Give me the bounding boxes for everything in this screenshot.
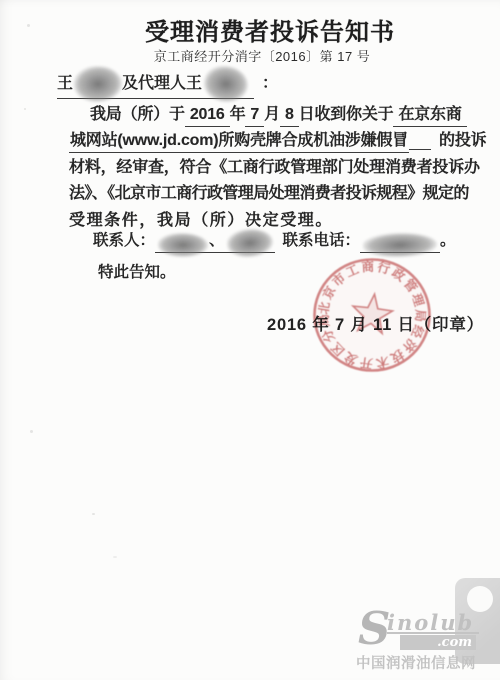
body-line-5: 受理条件，我局（所）决定受理。: [69, 207, 333, 230]
contact-line: 联系人：、联系电话：。: [93, 228, 456, 251]
phone-underlined: [360, 232, 440, 253]
doc-number: 京工商经开分消字〔2016〕第 17 号: [22, 46, 500, 65]
scan-speck: [113, 556, 117, 558]
month-label: 月: [264, 106, 280, 123]
subject-start: 在京东商: [393, 106, 466, 127]
scan-speck: [24, 108, 26, 110]
salutation-colon: ：: [262, 75, 278, 92]
contact-person-label: 联系人：: [93, 232, 155, 249]
redaction-blob-contact2: [225, 227, 274, 260]
redaction-blob-contact1: [158, 233, 208, 257]
addressee-underlined: 王及代理人王: [57, 70, 254, 99]
month-value: 7: [245, 106, 264, 127]
page-title: 受理消费者投诉告知书: [40, 12, 500, 47]
official-seal-stamp: 北京市工商行政管理局经济技术开发区分局: [312, 257, 432, 373]
scan-speck: [92, 513, 95, 515]
watermark-initial: S: [358, 610, 391, 648]
watermark-site-name: 中国润滑油信息网: [356, 652, 476, 673]
day-value: 8: [280, 106, 299, 127]
agent-text: 及代理人王: [122, 75, 202, 92]
site-watermark: S inolub .com 中国润滑油信息网: [356, 610, 500, 680]
year-label: 年: [230, 106, 246, 123]
scanned-notice-page: 受理消费者投诉告知书 京工商经开分消字〔2016〕第 17 号 王及代理人王： …: [0, 0, 500, 680]
scan-speck: [30, 430, 33, 433]
watermark-tile-circle: [467, 586, 493, 612]
received-text: 日收到你关于: [299, 106, 394, 123]
watermark-domain: .com: [400, 635, 476, 650]
closing-line: 特此告知。: [98, 260, 176, 282]
redaction-blob-phone: [363, 232, 438, 259]
blank-underline: [409, 133, 431, 150]
subject-continued: 城网站(www.jd.com)所购壳牌合成机油涉嫌假冒: [69, 132, 409, 153]
addressee-surname: 王: [57, 75, 73, 92]
intro-text: 我局（所）于: [90, 106, 185, 123]
scan-speck: [27, 24, 30, 27]
name-separator: 、: [209, 232, 225, 249]
body-line-2: 城网站(www.jd.com)所购壳牌合成机油涉嫌假冒的投诉: [69, 127, 486, 150]
body-line-4: 法》、《北京市工商行政管理局处理消费者投诉规程》规定的: [69, 180, 469, 203]
seal-graphic: 北京市工商行政管理局经济技术开发区分局: [312, 257, 432, 373]
salutation-line: 王及代理人王：: [57, 70, 278, 99]
redaction-blob-name1: [73, 64, 123, 103]
contact-names-underlined: 、: [155, 232, 275, 253]
watermark-rule: [387, 632, 479, 634]
body-line-3: 材料，经审查，符合《工商行政管理部门处理消费者投诉办: [69, 154, 480, 177]
body-line-1: 我局（所）于2016年7月8日收到你关于在京东商: [90, 101, 467, 124]
year-value: 2016: [185, 106, 230, 127]
contact-period: 。: [440, 232, 456, 249]
redaction-blob-name2: [203, 64, 250, 104]
contact-phone-label: 联系电话：: [283, 232, 361, 249]
complaint-suffix: 的投诉: [439, 132, 486, 149]
